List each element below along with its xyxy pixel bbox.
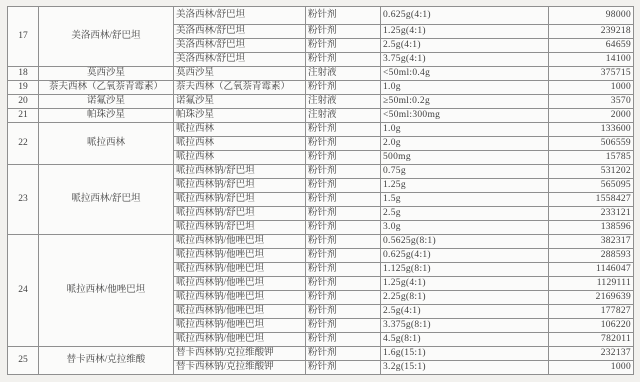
quantity-cell: 1129111 (549, 277, 634, 291)
spec-cell: 0.5625g(8:1) (381, 235, 549, 249)
quantity-cell: 782011 (549, 333, 634, 347)
spec-cell: 2.5g(4:1) (381, 305, 549, 319)
product-name-cell: 哌拉西林钠/他唑巴坦 (174, 333, 306, 347)
table-row: 21帕珠沙星帕珠沙星注射液<50ml:300mg2000 (8, 109, 634, 123)
drug-name-cell: 诺氟沙星 (39, 95, 174, 109)
table-row: 19萘夫西林（乙氧萘青霉素）萘夫西林（乙氧萘青霉素）粉针剂1.0g1000 (8, 81, 634, 95)
dosage-form-cell: 粉针剂 (306, 39, 381, 53)
quantity-cell: 138596 (549, 221, 634, 235)
product-name-cell: 替卡西林钠/克拉维酸钾 (174, 361, 306, 375)
product-name-cell: 诺氟沙星 (174, 95, 306, 109)
dosage-form-cell: 注射液 (306, 109, 381, 123)
spec-cell: 1.0g (381, 123, 549, 137)
spec-cell: 4.5g(8:1) (381, 333, 549, 347)
quantity-cell: 15785 (549, 151, 634, 165)
spec-cell: 1.25g(4:1) (381, 277, 549, 291)
row-number-cell: 24 (8, 235, 39, 347)
dosage-form-cell: 粉针剂 (306, 137, 381, 151)
quantity-cell: 98000 (549, 7, 634, 25)
product-name-cell: 哌拉西林钠/舒巴坦 (174, 179, 306, 193)
product-name-cell: 美洛西林/舒巴坦 (174, 39, 306, 53)
drug-name-cell: 替卡西林/克拉维酸 (39, 347, 174, 375)
dosage-form-cell: 粉针剂 (306, 249, 381, 263)
quantity-cell: 177827 (549, 305, 634, 319)
quantity-cell: 2000 (549, 109, 634, 123)
row-number-cell: 18 (8, 67, 39, 81)
spec-cell: 1.125g(8:1) (381, 263, 549, 277)
drug-name-cell: 哌拉西林 (39, 123, 174, 165)
dosage-form-cell: 粉针剂 (306, 81, 381, 95)
table-row: 24哌拉西林/他唑巴坦哌拉西林钠/他唑巴坦粉针剂0.5625g(8:1)3823… (8, 235, 634, 249)
dosage-form-cell: 粉针剂 (306, 193, 381, 207)
product-name-cell: 哌拉西林 (174, 151, 306, 165)
table-row: 23哌拉西林/舒巴坦哌拉西林钠/舒巴坦粉针剂0.75g531202 (8, 165, 634, 179)
dosage-form-cell: 粉针剂 (306, 151, 381, 165)
product-name-cell: 哌拉西林钠/他唑巴坦 (174, 277, 306, 291)
product-name-cell: 哌拉西林 (174, 123, 306, 137)
quantity-cell: 1000 (549, 81, 634, 95)
spec-cell: 1.5g (381, 193, 549, 207)
spec-cell: 3.2g(15:1) (381, 361, 549, 375)
quantity-cell: 2169639 (549, 291, 634, 305)
row-number-cell: 23 (8, 165, 39, 235)
dosage-form-cell: 粉针剂 (306, 291, 381, 305)
row-number-cell: 20 (8, 95, 39, 109)
spec-cell: 2.5g(4:1) (381, 39, 549, 53)
product-name-cell: 美洛西林/舒巴坦 (174, 53, 306, 67)
table-row: 25替卡西林/克拉维酸替卡西林钠/克拉维酸钾粉针剂1.6g(15:1)23213… (8, 347, 634, 361)
quantity-cell: 1146047 (549, 263, 634, 277)
spec-cell: 0.75g (381, 165, 549, 179)
product-name-cell: 哌拉西林钠/舒巴坦 (174, 165, 306, 179)
quantity-cell: 565095 (549, 179, 634, 193)
quantity-cell: 239218 (549, 25, 634, 39)
quantity-cell: 375715 (549, 67, 634, 81)
spec-cell: 2.25g(8:1) (381, 291, 549, 305)
quantity-cell: 233121 (549, 207, 634, 221)
quantity-cell: 1000 (549, 361, 634, 375)
document-page: 17美洛西林/舒巴坦美洛西林/舒巴坦粉针剂0.625g(4:1)98000美洛西… (0, 0, 640, 382)
drug-name-cell: 哌拉西林/舒巴坦 (39, 165, 174, 235)
spec-cell: 0.625g(4:1) (381, 7, 549, 25)
dosage-form-cell: 粉针剂 (306, 53, 381, 67)
product-name-cell: 哌拉西林钠/他唑巴坦 (174, 319, 306, 333)
table-row: 22哌拉西林哌拉西林粉针剂1.0g133600 (8, 123, 634, 137)
dosage-form-cell: 粉针剂 (306, 361, 381, 375)
dosage-form-cell: 粉针剂 (306, 333, 381, 347)
dosage-form-cell: 粉针剂 (306, 277, 381, 291)
table-row: 17美洛西林/舒巴坦美洛西林/舒巴坦粉针剂0.625g(4:1)98000 (8, 7, 634, 25)
quantity-cell: 1558427 (549, 193, 634, 207)
dosage-form-cell: 粉针剂 (306, 235, 381, 249)
dosage-form-cell: 注射液 (306, 67, 381, 81)
spec-cell: 3.75g(4:1) (381, 53, 549, 67)
dosage-form-cell: 粉针剂 (306, 25, 381, 39)
product-name-cell: 莫西沙星 (174, 67, 306, 81)
drug-name-cell: 帕珠沙星 (39, 109, 174, 123)
row-number-cell: 19 (8, 81, 39, 95)
spec-cell: 1.6g(15:1) (381, 347, 549, 361)
quantity-cell: 232137 (549, 347, 634, 361)
drug-price-table: 17美洛西林/舒巴坦美洛西林/舒巴坦粉针剂0.625g(4:1)98000美洛西… (7, 6, 634, 375)
product-name-cell: 哌拉西林钠/他唑巴坦 (174, 263, 306, 277)
quantity-cell: 506559 (549, 137, 634, 151)
drug-name-cell: 美洛西林/舒巴坦 (39, 7, 174, 67)
dosage-form-cell: 粉针剂 (306, 7, 381, 25)
quantity-cell: 288593 (549, 249, 634, 263)
product-name-cell: 美洛西林/舒巴坦 (174, 25, 306, 39)
row-number-cell: 17 (8, 7, 39, 67)
spec-cell: <50ml:0.4g (381, 67, 549, 81)
product-name-cell: 哌拉西林钠/舒巴坦 (174, 193, 306, 207)
product-name-cell: 萘夫西林（乙氧萘青霉素） (174, 81, 306, 95)
quantity-cell: 106220 (549, 319, 634, 333)
spec-cell: 1.0g (381, 81, 549, 95)
spec-cell: 500mg (381, 151, 549, 165)
row-number-cell: 22 (8, 123, 39, 165)
dosage-form-cell: 粉针剂 (306, 179, 381, 193)
spec-cell: 2.0g (381, 137, 549, 151)
dosage-form-cell: 粉针剂 (306, 305, 381, 319)
product-name-cell: 哌拉西林钠/他唑巴坦 (174, 249, 306, 263)
quantity-cell: 3570 (549, 95, 634, 109)
product-name-cell: 哌拉西林钠/他唑巴坦 (174, 235, 306, 249)
quantity-cell: 531202 (549, 165, 634, 179)
quantity-cell: 14100 (549, 53, 634, 67)
dosage-form-cell: 粉针剂 (306, 221, 381, 235)
product-name-cell: 帕珠沙星 (174, 109, 306, 123)
product-name-cell: 哌拉西林 (174, 137, 306, 151)
spec-cell: 0.625g(4:1) (381, 249, 549, 263)
spec-cell: 3.0g (381, 221, 549, 235)
table-row: 20诺氟沙星诺氟沙星注射液≥50ml:0.2g3570 (8, 95, 634, 109)
row-number-cell: 21 (8, 109, 39, 123)
product-name-cell: 哌拉西林钠/舒巴坦 (174, 207, 306, 221)
drug-name-cell: 萘夫西林（乙氧萘青霉素） (39, 81, 174, 95)
table-row: 18莫西沙星莫西沙星注射液<50ml:0.4g375715 (8, 67, 634, 81)
drug-name-cell: 莫西沙星 (39, 67, 174, 81)
dosage-form-cell: 粉针剂 (306, 263, 381, 277)
product-name-cell: 哌拉西林钠/他唑巴坦 (174, 291, 306, 305)
quantity-cell: 133600 (549, 123, 634, 137)
product-name-cell: 美洛西林/舒巴坦 (174, 7, 306, 25)
spec-cell: ≥50ml:0.2g (381, 95, 549, 109)
spec-cell: 2.5g (381, 207, 549, 221)
spec-cell: 3.375g(8:1) (381, 319, 549, 333)
row-number-cell: 25 (8, 347, 39, 375)
product-name-cell: 哌拉西林钠/他唑巴坦 (174, 305, 306, 319)
quantity-cell: 64659 (549, 39, 634, 53)
dosage-form-cell: 粉针剂 (306, 123, 381, 137)
spec-cell: 1.25g(4:1) (381, 25, 549, 39)
dosage-form-cell: 注射液 (306, 95, 381, 109)
dosage-form-cell: 粉针剂 (306, 207, 381, 221)
dosage-form-cell: 粉针剂 (306, 319, 381, 333)
drug-table-body: 17美洛西林/舒巴坦美洛西林/舒巴坦粉针剂0.625g(4:1)98000美洛西… (8, 7, 634, 375)
product-name-cell: 哌拉西林钠/舒巴坦 (174, 221, 306, 235)
product-name-cell: 替卡西林钠/克拉维酸钾 (174, 347, 306, 361)
spec-cell: <50ml:300mg (381, 109, 549, 123)
quantity-cell: 382317 (549, 235, 634, 249)
spec-cell: 1.25g (381, 179, 549, 193)
dosage-form-cell: 粉针剂 (306, 347, 381, 361)
dosage-form-cell: 粉针剂 (306, 165, 381, 179)
drug-name-cell: 哌拉西林/他唑巴坦 (39, 235, 174, 347)
